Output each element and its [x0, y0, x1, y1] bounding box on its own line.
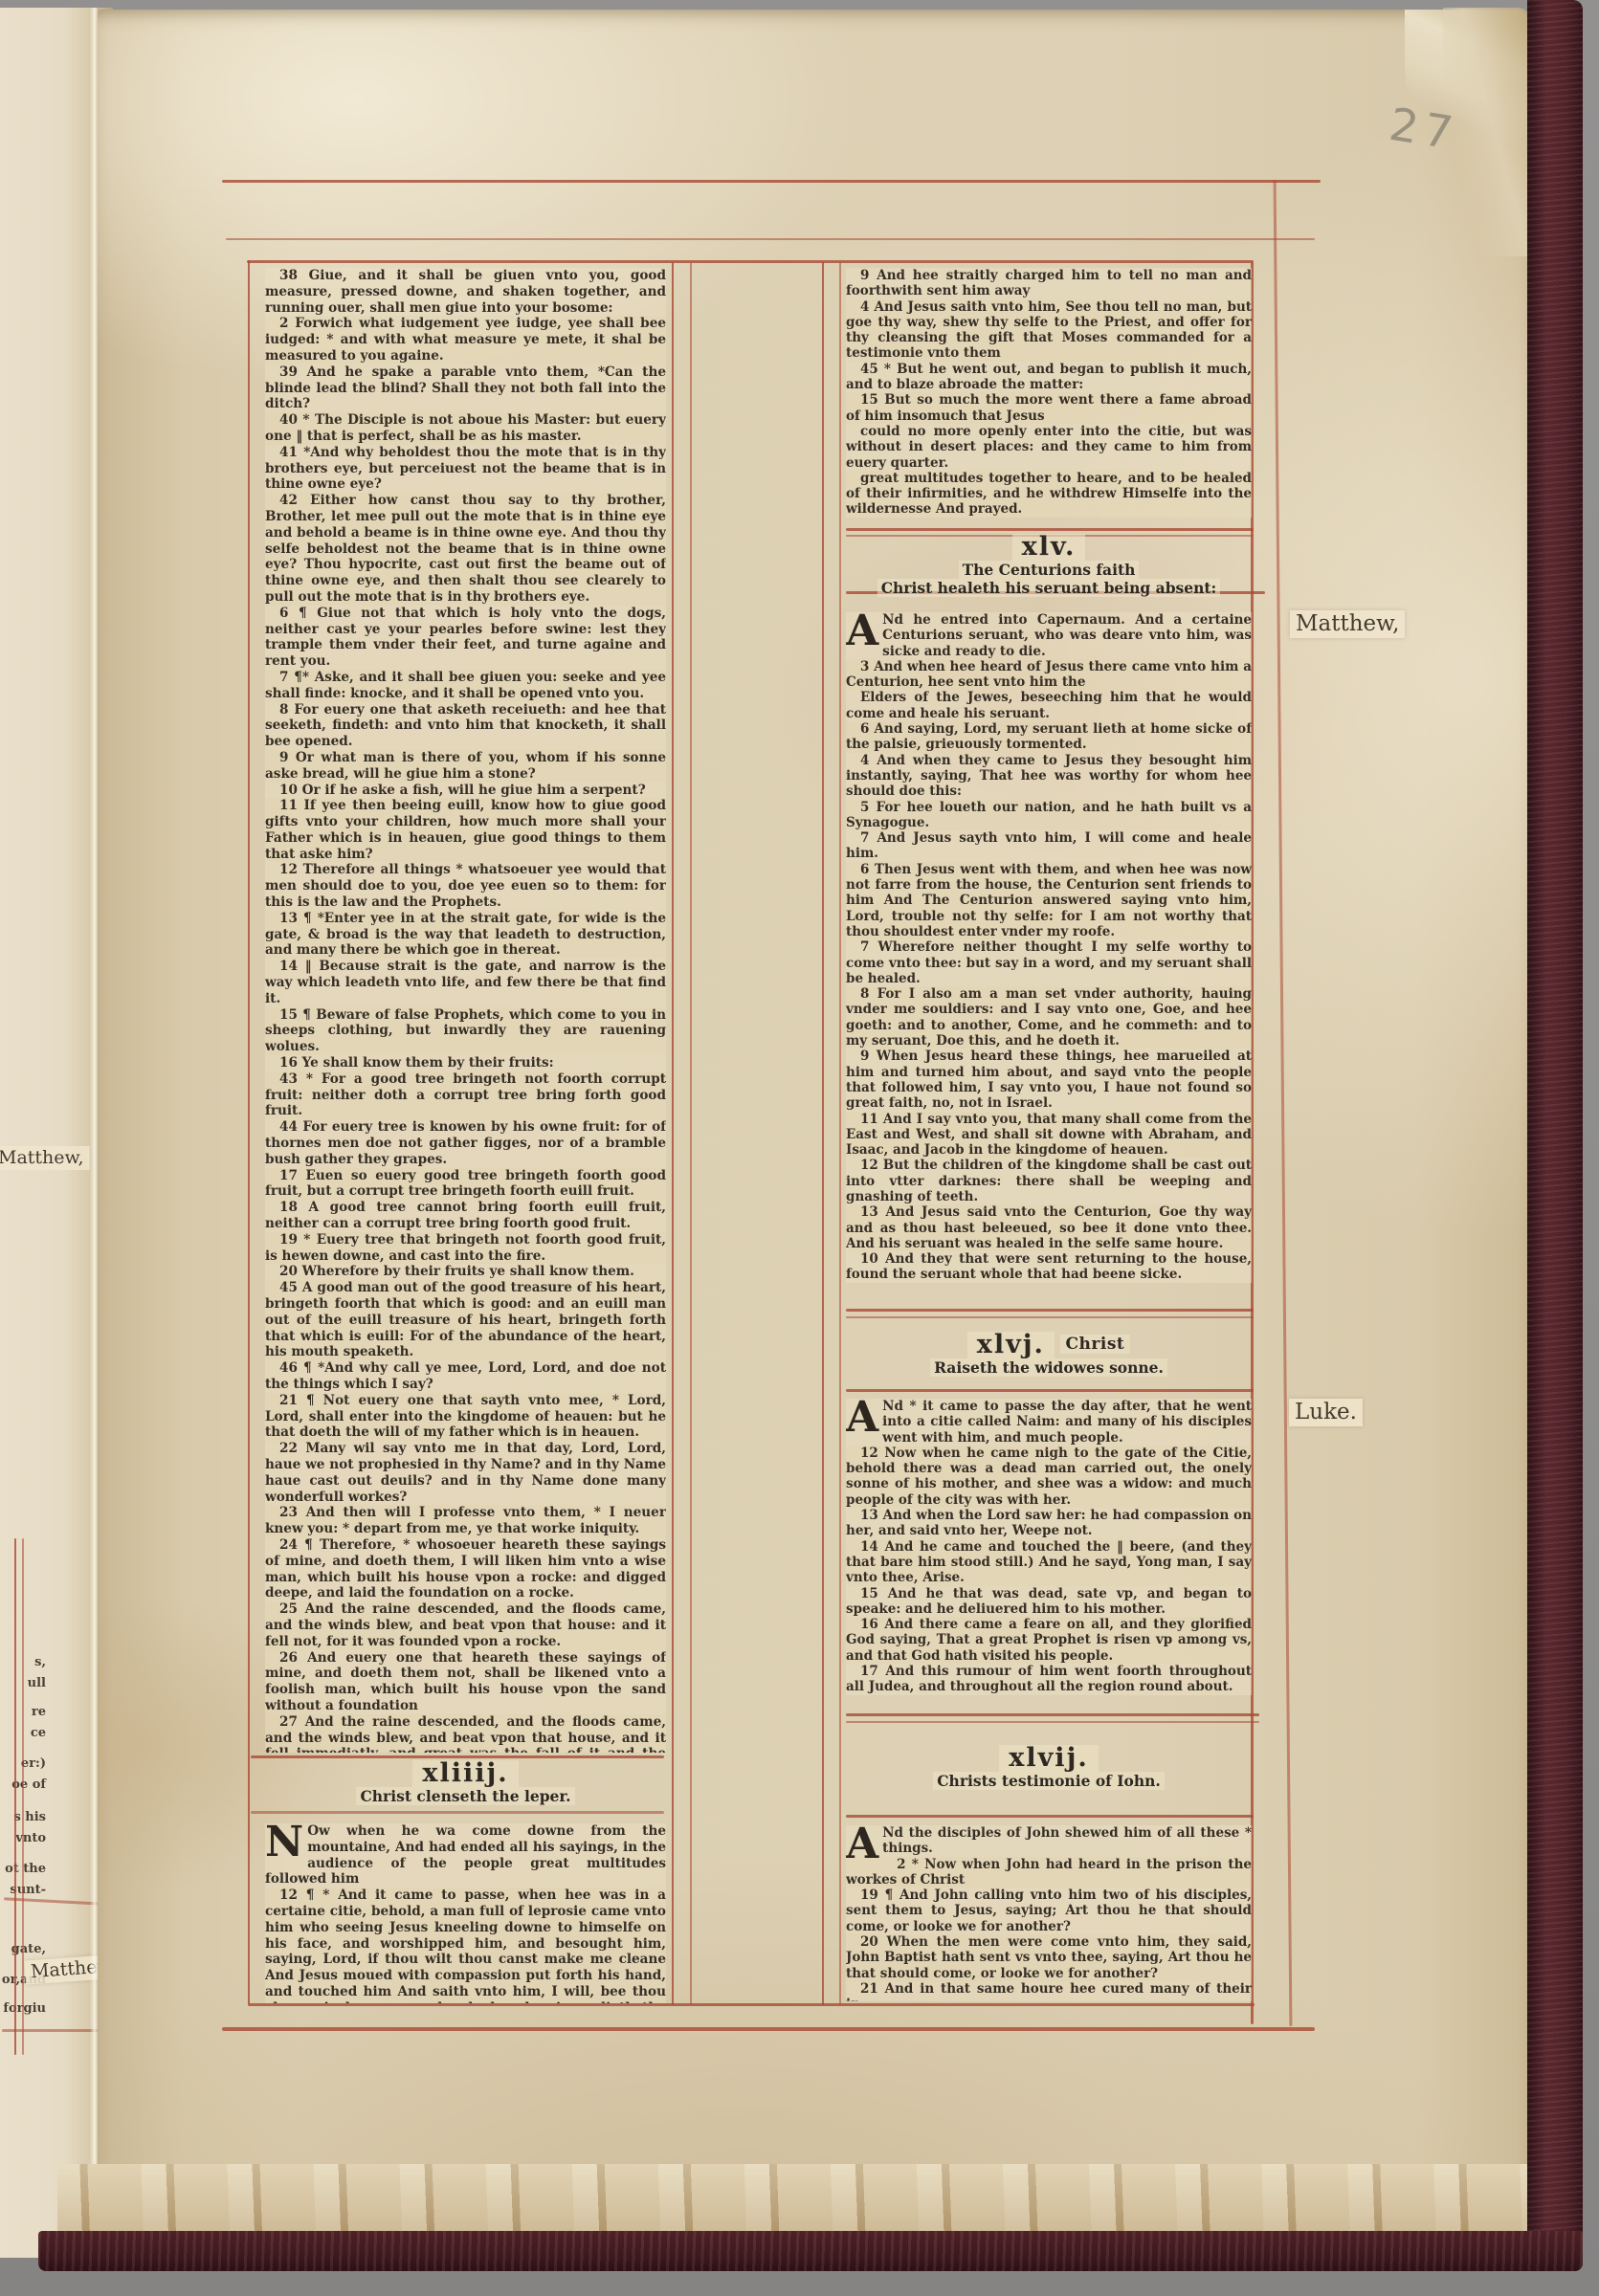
chapter-heading-xlv: xlv. The Centurions faith Christ healeth…	[846, 534, 1252, 597]
verse-paragraph: 14 And he came and touched the ‖ beere, …	[846, 1539, 1252, 1586]
verse-paragraph: 16 And there came a feare on all, and th…	[846, 1617, 1252, 1664]
chapter-subtitle: Christs testimonie of Iohn.	[933, 1772, 1165, 1790]
verse-paragraph: 26 And euery one that heareth these sayi…	[265, 1650, 666, 1714]
verse-paragraph: Elders of the Jewes, beseeching him that…	[846, 690, 1252, 721]
verse-paragraph: 7 And Jesus sayth vnto him, I will come …	[846, 830, 1252, 862]
chapter-subtitle: Raiseth the widowes sonne.	[930, 1358, 1167, 1377]
chapter-subtitle-line2: Christ healeth his seruant being absent:	[877, 579, 1221, 597]
verse-paragraph: 5 For hee loueth our nation, and he hath…	[846, 800, 1252, 831]
chapter-heading-xlvij: xlvij. Christs testimonie of Iohn.	[846, 1745, 1252, 1790]
verse-paragraph: 25 And the raine descended, and the floo…	[265, 1601, 666, 1649]
chapter-number: xlv.	[1012, 534, 1086, 561]
chapter-heading-xlvj: xlvj. Christ Raiseth the widowes sonne.	[846, 1332, 1252, 1377]
rule-frame-bottom-outer	[222, 2027, 1315, 2031]
text-fragment: re	[32, 1705, 46, 1725]
verse-paragraph: 10 Or if he aske a fish, will he giue hi…	[265, 783, 666, 799]
verse-paragraph: 8 For I also am a man set vnder authorit…	[846, 986, 1252, 1049]
verse-paragraph: 42 Either how canst thou say to thy brot…	[265, 493, 666, 606]
text-fragment: s his	[13, 1810, 46, 1830]
verse-paragraph: ANd * it came to passe the day after, th…	[846, 1399, 1252, 1446]
verse-paragraph: could no more openly enter into the citi…	[846, 424, 1252, 471]
rule-top-outer	[222, 180, 1321, 183]
verse-paragraph: 19 * Euery tree that bringeth not foorth…	[265, 1232, 666, 1265]
verse-paragraph: 18 A good tree cannot bring foorth euill…	[265, 1200, 666, 1232]
verse-paragraph: ANd the disciples of John shewed him of …	[846, 1825, 1252, 1857]
verse-paragraph: 6 And saying, Lord, my seruant lieth at …	[846, 721, 1252, 753]
verse-paragraph: 38 Giue, and it shall be giuen vnto you,…	[265, 268, 666, 316]
verse-paragraph: 6 Then Jesus went with them, and when he…	[846, 862, 1252, 939]
verse-paragraph: 9 When Jesus heard these things, hee mar…	[846, 1049, 1252, 1111]
book-cover-edge-bottom	[38, 2231, 1583, 2271]
rule-top-inner	[226, 238, 1315, 240]
verse-paragraph: 6 ¶ Giue not that which is holy vnto the…	[265, 606, 666, 670]
verse-paragraph: 43 * For a good tree bringeth not foorth…	[265, 1071, 666, 1119]
verse-paragraph: 12 Now when he came nigh to the gate of …	[846, 1446, 1252, 1508]
verse-paragraph: 20 Wherefore by their fruits ye shall kn…	[265, 1264, 666, 1280]
text-fragment: s,	[34, 1655, 46, 1675]
text-fragment: ull	[28, 1676, 46, 1696]
verse-paragraph: 3 And when hee heard of Jesus there came…	[846, 659, 1252, 691]
rule-gutter-right-a	[822, 262, 824, 2005]
right-column-widow-text: ANd * it came to passe the day after, th…	[846, 1399, 1252, 1711]
book-cover-edge-right	[1527, 0, 1583, 2269]
verse-paragraph: 20 When the men were come vnto him, they…	[846, 1934, 1252, 1981]
chapter-number: xliiij.	[412, 1760, 518, 1787]
rule-gutter-left-a	[672, 262, 674, 2005]
verse-paragraph: 21 ¶ Not euery one that sayth vnto mee, …	[265, 1393, 666, 1441]
previous-page-edge: s,ullreceer:)oe ofs hisvntoot thesunt-ga…	[0, 8, 113, 2258]
text-fragment: ot the	[5, 1862, 46, 1882]
verse-paragraph: great multitudes together to heare, and …	[846, 471, 1252, 518]
verse-paragraph: 44 For euery tree is knowen by his owne …	[265, 1119, 666, 1167]
chapter-number: xlvij.	[999, 1745, 1098, 1772]
left-column-leper-text: NOw when he wa come downe from the mount…	[265, 1823, 666, 2003]
text-fragment: forgiu	[3, 2001, 46, 2021]
rule-gutter-left-b	[690, 262, 692, 2005]
verse-paragraph: 13 ¶ *Enter yee in at the strait gate, f…	[265, 911, 666, 959]
verse-paragraph: 4 And when they came to Jesus they besou…	[846, 753, 1252, 800]
margin-note-matthew: Matthew,	[1290, 610, 1405, 638]
margin-note-luke: Luke.	[1289, 1399, 1363, 1426]
chapter-heading-xliiij: xliiij. Christ clenseth the leper.	[265, 1760, 666, 1805]
right-column-centurion-text: ANd he entred into Capernaum. And a cert…	[846, 612, 1252, 1305]
verse-paragraph: 17 Euen so euery good tree bringeth foor…	[265, 1168, 666, 1201]
verse-paragraph: 2 * Now when John had heard in the priso…	[846, 1857, 1252, 1888]
handwritten-folio-number: 27	[1386, 99, 1462, 162]
verse-paragraph: 40 * The Disciple is not aboue his Maste…	[265, 412, 666, 445]
rule-frame-bottom-inner	[248, 2003, 1255, 2006]
text-fragment: ce	[31, 1726, 46, 1746]
verse-paragraph: 4 And Jesus saith vnto him, See thou tel…	[846, 299, 1252, 362]
verse-paragraph: 9 And hee straitly charged him to tell n…	[846, 268, 1252, 299]
verse-paragraph: 15 And he that was dead, sate vp, and be…	[846, 1586, 1252, 1618]
text-fragment: vnto	[15, 1831, 46, 1851]
verse-paragraph: 15 ¶ Beware of false Prophets, which com…	[265, 1007, 666, 1055]
verse-paragraph: 22 Many wil say vnto me in that day, Lor…	[265, 1441, 666, 1505]
chapter-title-word: Christ	[1060, 1335, 1131, 1354]
text-fragment: er:)	[21, 1756, 46, 1777]
verse-paragraph: 24 ¶ Therefore, * whosoeuer heareth thes…	[265, 1537, 666, 1601]
verse-paragraph: 12 Therefore all things * whatsoeuer yee…	[265, 862, 666, 910]
verse-paragraph: 16 Ye shall know them by their fruits:	[265, 1055, 666, 1071]
verse-paragraph: 7 Wherefore neither thought I my selfe w…	[846, 939, 1252, 986]
verse-paragraph: 8 For euery one that asketh receiueth: a…	[265, 702, 666, 750]
verse-paragraph: 7 ¶* Aske, and it shall bee giuen you: s…	[265, 670, 666, 702]
text-fragment: oe of	[11, 1777, 46, 1798]
book-photograph: s,ullreceer:)oe ofs hisvntoot thesunt-ga…	[0, 0, 1599, 2296]
verse-paragraph: 45 * But he went out, and began to publi…	[846, 362, 1252, 393]
page-bottom-edge	[57, 2164, 1531, 2237]
verse-paragraph: 17 And this rumour of him went foorth th…	[846, 1664, 1252, 1695]
rule-gutter-right-b	[839, 262, 841, 2005]
rule-frame-top	[247, 260, 1254, 263]
verse-paragraph: 2 Forwich what iudgement yee iudge, yee …	[265, 316, 666, 364]
verse-paragraph: 21 And in that same houre hee cured many…	[846, 1981, 1252, 2001]
chapter-number: xlvj.	[967, 1332, 1055, 1358]
verse-paragraph: 14 ‖ Because strait is the gate, and nar…	[265, 959, 666, 1006]
verse-paragraph: 9 Or what man is there of you, whom if h…	[265, 750, 666, 783]
verse-paragraph: 23 And then will I professe vnto them, *…	[265, 1505, 666, 1537]
margin-note-matthew-facing: Matthew,	[0, 1146, 90, 1170]
verse-paragraph: 13 And Jesus said vnto the Centurion, Go…	[846, 1204, 1252, 1251]
chapter-subtitle-line1: The Centurions faith	[959, 561, 1140, 579]
verse-paragraph: 27 And the raine descended, and the floo…	[265, 1714, 666, 1753]
right-column-john-text: ANd the disciples of John shewed him of …	[846, 1825, 1252, 2001]
verse-paragraph: 41 *And why beholdest thou the mote that…	[265, 445, 666, 493]
right-column-top-text: 9 And hee straitly charged him to tell n…	[846, 268, 1252, 526]
verse-paragraph: 12 ¶ * And it came to passe, when hee wa…	[265, 1888, 666, 2003]
left-column-text: 38 Giue, and it shall be giuen vnto you,…	[265, 268, 666, 1753]
verse-paragraph: NOw when he wa come downe from the mount…	[265, 1823, 666, 1888]
verse-paragraph: 10 And they that were sent returning to …	[846, 1251, 1252, 1283]
verse-paragraph: 46 ¶ *And why call ye mee, Lord, Lord, a…	[265, 1360, 666, 1393]
verse-paragraph: 39 And he spake a parable vnto them, *Ca…	[265, 364, 666, 412]
chapter-subtitle: Christ clenseth the leper.	[356, 1787, 574, 1805]
verse-paragraph: 45 A good man out of the good treasure o…	[265, 1280, 666, 1360]
verse-paragraph: 19 ¶ And John calling vnto him two of hi…	[846, 1888, 1252, 1934]
verse-paragraph: 13 And when the Lord saw her: he had com…	[846, 1508, 1252, 1539]
verse-paragraph: 12 But the children of the kingdome shal…	[846, 1158, 1252, 1204]
rule-frame-left	[248, 260, 250, 2004]
verse-paragraph: 11 If yee then beeing euill, know how to…	[265, 798, 666, 862]
verse-paragraph: 15 But so much the more went there a fam…	[846, 392, 1252, 424]
verse-paragraph: ANd he entred into Capernaum. And a cert…	[846, 612, 1252, 659]
verse-paragraph: 11 And I say vnto you, that many shall c…	[846, 1112, 1252, 1159]
